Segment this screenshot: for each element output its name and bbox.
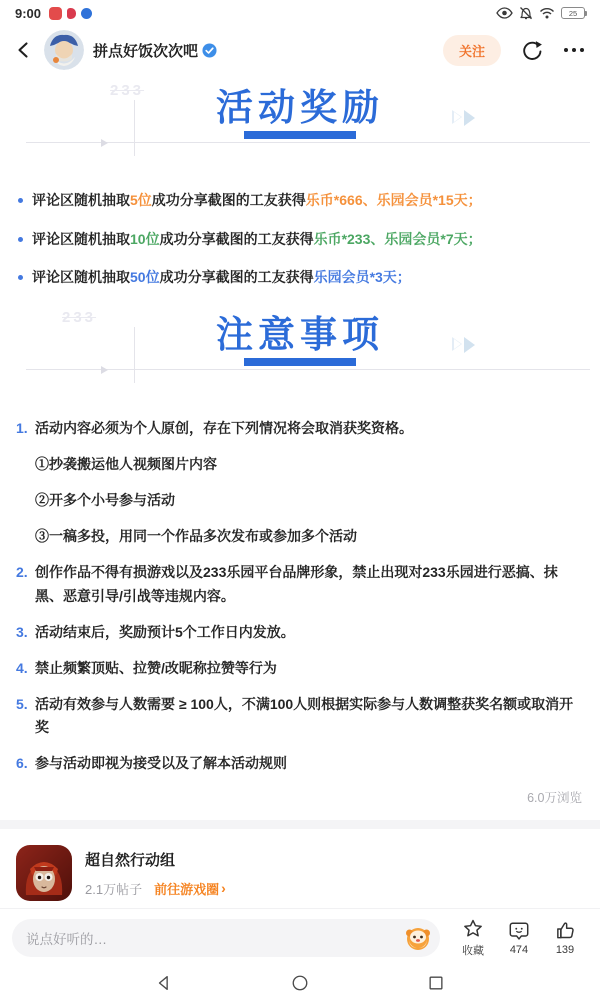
notes-title-underline: [244, 358, 356, 366]
share-button[interactable]: [521, 39, 544, 62]
view-count: 6.0万浏览: [0, 788, 600, 806]
clock: 9:00: [15, 6, 41, 21]
rewards-heading-section: 233 活动奖励: [0, 86, 600, 160]
reward-highlight: 乐园会员*3天；: [314, 269, 411, 285]
note-subitem: ②开多个小号参与活动: [16, 489, 584, 512]
note-text: 活动有效参与人数需要 ≥ 100人，不满100人则根据实际参与人数调整获奖名额或…: [35, 693, 584, 739]
reward-item: 评论区随机抽取10位成功分享截图的工友获得乐币*233、乐园会员*7天；: [16, 229, 584, 251]
decor-crosshair-horizontal: [26, 369, 590, 370]
notification-icon-1: [49, 7, 62, 20]
back-button[interactable]: [14, 39, 36, 61]
note-item: 2.创作作品不得有损游戏以及233乐园平台品牌形象，禁止出现对233乐园进行恶搞…: [16, 561, 584, 607]
note-text: 参与活动即视为接受以及了解本活动规则: [35, 752, 584, 775]
section-divider: [0, 820, 600, 829]
status-bar: 9:00 25: [0, 0, 600, 26]
comment-bar: 说点好听的… 收藏: [0, 908, 600, 966]
winner-count: 50位: [130, 269, 160, 285]
note-number: 6.: [16, 752, 35, 775]
note-item: 4.禁止频繁顶贴、拉赞/改昵称拉赞等行为: [16, 657, 584, 680]
rewards-list: 评论区随机抽取5位成功分享截图的工友获得乐币*666、乐园会员*15天； 评论区…: [16, 190, 584, 289]
reward-item: 评论区随机抽取50位成功分享截图的工友获得乐园会员*3天；: [16, 267, 584, 289]
nav-bar: 拼点好饭次次吧 关注: [0, 26, 600, 74]
note-subitem: ③一稿多投，用同一个作品多次发布或参加多个活动: [16, 525, 584, 548]
app-screen: 9:00 25: [0, 0, 600, 1000]
battery-level: 25: [569, 9, 577, 18]
winner-count: 10位: [130, 231, 160, 247]
follow-button[interactable]: 关注: [443, 35, 501, 66]
system-recents-icon[interactable]: [427, 974, 445, 992]
more-button[interactable]: [562, 46, 586, 54]
emoji-icon[interactable]: [404, 924, 432, 952]
username[interactable]: 拼点好饭次次吧: [93, 40, 198, 61]
bullet-dot: [18, 198, 23, 203]
game-post-count: 2.1万帖子: [85, 879, 142, 898]
system-back-icon[interactable]: [155, 974, 173, 992]
note-number: 3.: [16, 621, 35, 644]
battery-icon: 25: [561, 7, 585, 19]
winner-count: 5位: [130, 192, 152, 208]
thumbs-up-icon: [554, 920, 576, 942]
game-name: 超自然行动组: [85, 849, 226, 870]
decor-arrowhead: [101, 139, 108, 147]
reward-text: 评论区随机抽取10位成功分享截图的工友获得乐币*233、乐园会员*7天；: [32, 229, 482, 251]
note-number: 1.: [16, 417, 35, 440]
favorite-label: 收藏: [462, 942, 484, 958]
rewards-title-underline: [244, 131, 356, 139]
user-avatar-image: [44, 30, 84, 70]
like-count: 139: [556, 944, 574, 956]
wifi-icon: [539, 7, 555, 19]
note-item: 1.活动内容必须为个人原创，存在下列情况将会取消获奖资格。: [16, 417, 584, 440]
user-avatar[interactable]: [44, 30, 84, 70]
note-item: 3.活动结束后，奖励预计5个工作日内发放。: [16, 621, 584, 644]
reward-item: 评论区随机抽取5位成功分享截图的工友获得乐币*666、乐园会员*15天；: [16, 190, 584, 212]
notes-title: 注意事项: [0, 313, 600, 357]
note-number: 5.: [16, 693, 35, 739]
mute-bell-icon: [519, 6, 533, 20]
note-text: ②开多个小号参与活动: [35, 489, 584, 512]
notes-heading-section: 233 注意事项: [0, 313, 600, 387]
favorite-button[interactable]: 收藏: [450, 918, 496, 958]
note-item: 5.活动有效参与人数需要 ≥ 100人，不满100人则根据实际参与人数调整获奖名…: [16, 693, 584, 739]
note-text: ③一稿多投，用同一个作品多次发布或参加多个活动: [35, 525, 584, 548]
star-icon: [462, 918, 484, 940]
note-item: 6.参与活动即视为接受以及了解本活动规则: [16, 752, 584, 775]
decor-crosshair-horizontal: [26, 142, 590, 143]
system-home-icon[interactable]: [291, 974, 309, 992]
game-circle-card[interactable]: 超自然行动组 2.1万帖子 前往游戏圈 ›: [0, 829, 600, 917]
reward-text: 评论区随机抽取5位成功分享截图的工友获得乐币*666、乐园会员*15天；: [32, 190, 482, 212]
note-number: 2.: [16, 561, 35, 607]
back-icon: [14, 40, 34, 60]
note-number: 4.: [16, 657, 35, 680]
share-icon: [521, 39, 544, 62]
bullet-dot: [18, 275, 23, 280]
comment-placeholder: 说点好听的…: [26, 928, 107, 948]
go-to-circle-link[interactable]: 前往游戏圈: [154, 879, 219, 898]
system-nav-bar: [0, 966, 600, 1000]
comment-input[interactable]: 说点好听的…: [12, 919, 440, 957]
game-avatar: [16, 845, 72, 901]
comments-button[interactable]: 474: [496, 920, 542, 956]
eye-icon: [496, 7, 513, 19]
decor-arrowhead: [101, 366, 108, 374]
bullet-dot: [18, 237, 23, 242]
notification-icons: [49, 7, 92, 20]
notes-list: 1.活动内容必须为个人原创，存在下列情况将会取消获奖资格。 ①抄袭搬运他人视频图…: [16, 417, 584, 775]
more-icon: [562, 46, 586, 54]
notification-icon-3: [81, 8, 92, 19]
verified-badge-icon: [202, 43, 217, 58]
note-text: 禁止频繁顶贴、拉赞/改昵称拉赞等行为: [35, 657, 584, 680]
comment-bubble-icon: [508, 920, 530, 942]
chevron-right-icon: ›: [221, 880, 226, 896]
note-text: 活动结束后，奖励预计5个工作日内发放。: [35, 621, 584, 644]
reward-highlight: 乐币*666、乐园会员*15天；: [306, 192, 482, 208]
like-button[interactable]: 139: [542, 920, 588, 956]
reward-text: 评论区随机抽取50位成功分享截图的工友获得乐园会员*3天；: [32, 267, 411, 289]
note-text: ①抄袭搬运他人视频图片内容: [35, 453, 584, 476]
comment-count: 474: [510, 944, 528, 956]
notification-icon-2: [67, 8, 76, 19]
note-subitem: ①抄袭搬运他人视频图片内容: [16, 453, 584, 476]
reward-highlight: 乐币*233、乐园会员*7天；: [314, 231, 482, 247]
rewards-title: 活动奖励: [0, 86, 600, 130]
note-text: 活动内容必须为个人原创，存在下列情况将会取消获奖资格。: [35, 417, 584, 440]
note-text: 创作作品不得有损游戏以及233乐园平台品牌形象，禁止出现对233乐园进行恶搞、抹…: [35, 561, 584, 607]
